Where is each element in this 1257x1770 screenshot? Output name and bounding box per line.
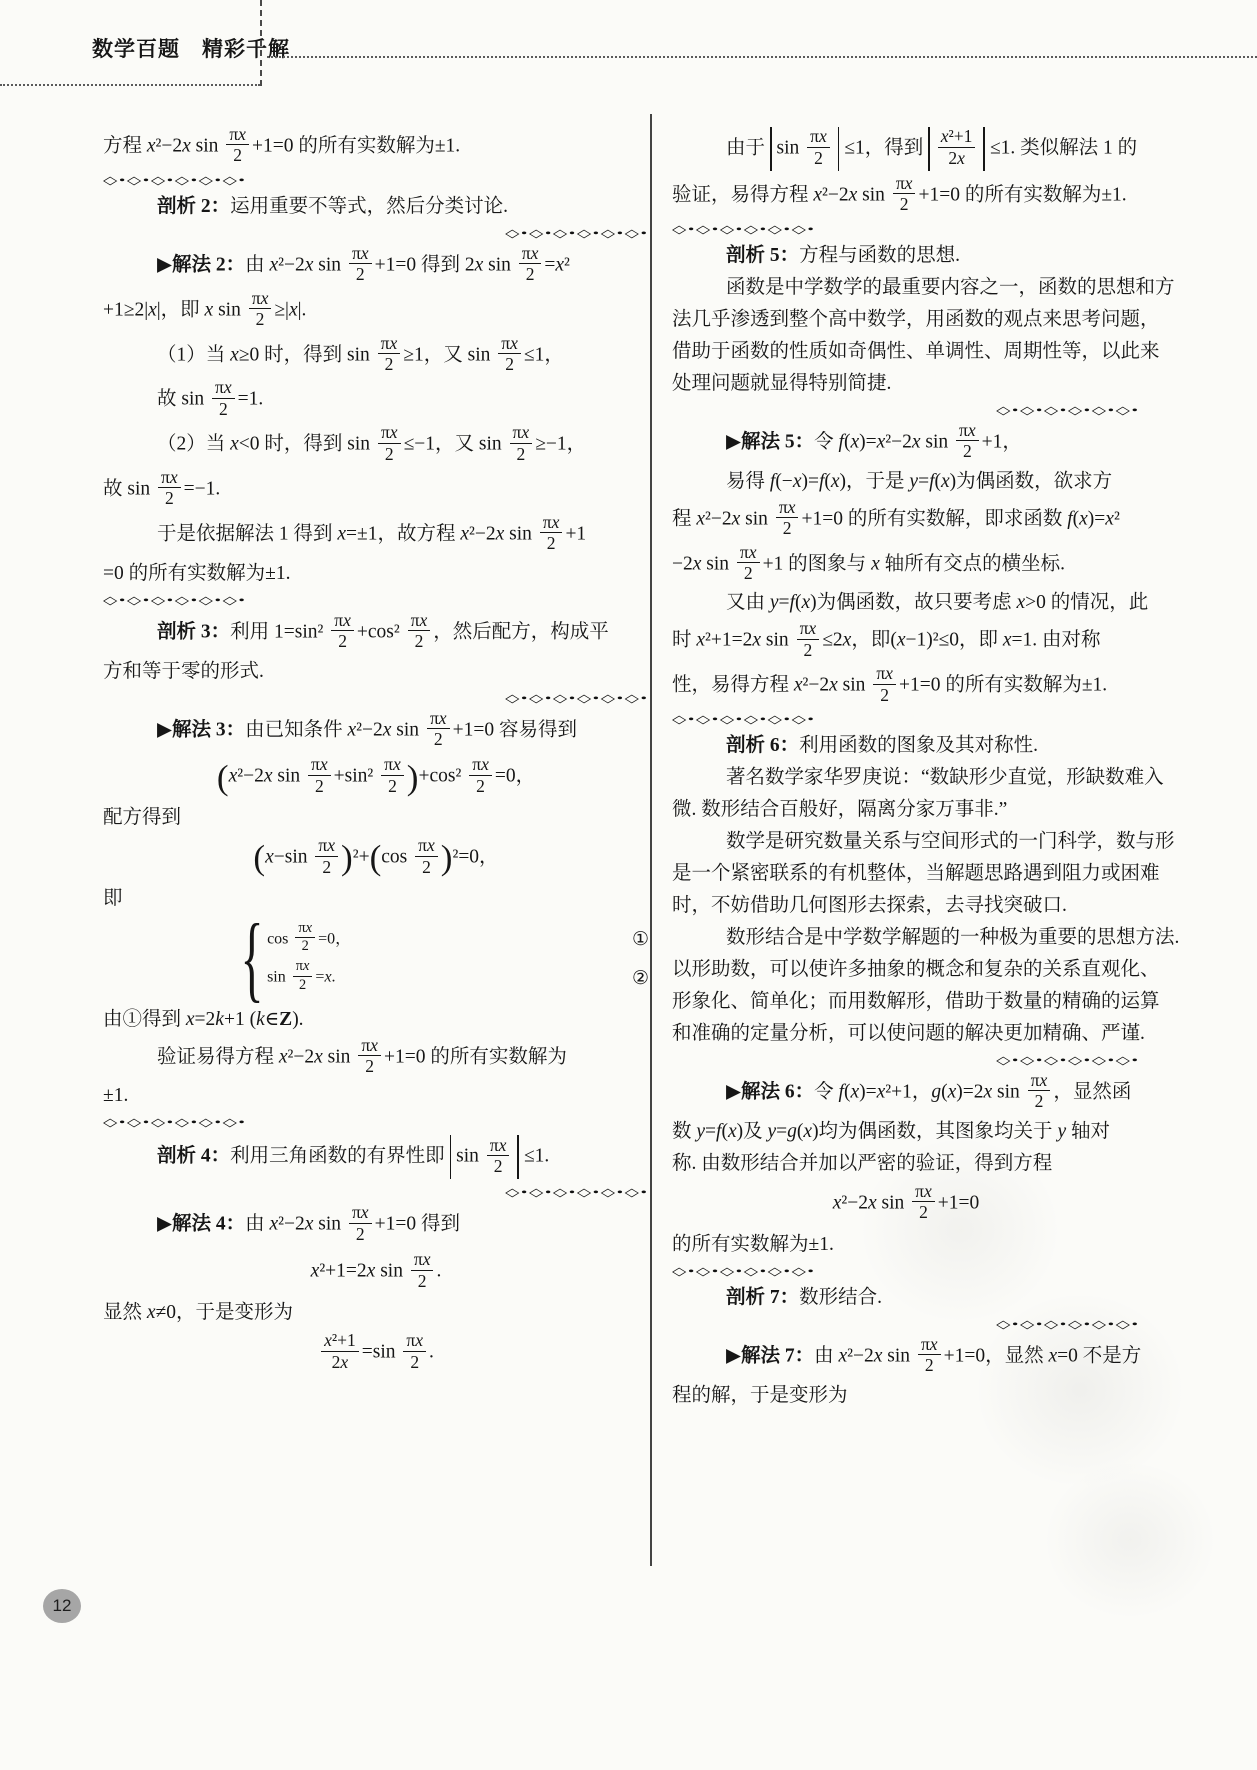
text-line: 故 sin πx2=1. — [103, 380, 649, 420]
text-line: 显然 x≠0，于是变形为 — [103, 1299, 649, 1326]
diamond-separator: ◇•◇•◇•◇•◇•◇• — [103, 226, 649, 240]
analysis-heading-line: 剖析 2：运用重要不等式，然后分类讨论. — [103, 193, 649, 220]
solution-heading-line: ▶解法 2：由 x²−2x sin πx2+1=0 得到 2x sin πx2=… — [103, 246, 649, 286]
text-line: 函数是中学数学的最重要内容之一，函数的思想和方 — [672, 274, 1140, 301]
diamond-separator: ◇•◇•◇•◇•◇•◇• — [672, 1317, 1140, 1331]
fraction: πx2 — [469, 755, 492, 795]
fraction: πx2 — [540, 513, 563, 553]
text-line: 数 y=f(x)及 y=g(x)均为偶函数，其图象均关于 y 轴对 — [672, 1118, 1140, 1145]
fraction: πx2 — [510, 423, 533, 463]
bold-label: 剖析 3： — [157, 621, 230, 642]
diamond-separator: ◇•◇•◇•◇•◇•◇• — [103, 1185, 649, 1199]
solution-heading-line: ▶解法 6：令 f(x)=x²+1，g(x)=2x sin πx2，显然函 — [672, 1073, 1140, 1113]
display-equation: (x−sin πx2)²+(cos πx2)²=0， — [103, 838, 649, 878]
abs-bar — [517, 1135, 519, 1179]
analysis-heading-line: 剖析 3：利用 1=sin² πx2+cos² πx2，然后配方，构成平 — [103, 613, 649, 653]
fraction: πx2 — [349, 1203, 372, 1243]
display-equation: (x²−2x sin πx2+sin² πx2)+cos² πx2=0， — [103, 757, 649, 797]
diamond-separator: ◇•◇•◇•◇•◇•◇• — [103, 593, 649, 607]
bold-label: ▶解法 2： — [157, 254, 245, 275]
fraction: πx2 — [378, 334, 401, 374]
text-line: 验证，易得方程 x²−2x sin πx2+1=0 的所有实数解为±1. — [672, 176, 1140, 216]
fraction: πx2 — [403, 1331, 426, 1371]
text-line: 时，不妨借助几何图形去探索，去寻找突破口. — [672, 892, 1140, 919]
fraction: πx2 — [293, 959, 313, 992]
bold-label: 剖析 4： — [157, 1146, 230, 1167]
bold-label: ▶解法 6： — [726, 1081, 814, 1102]
text-line: 数形结合是中学数学解题的一种极为重要的思想方法. — [672, 924, 1140, 951]
fraction: πx2 — [408, 611, 431, 651]
text-line: 由①得到 x=2k+1 (k∈Z). — [103, 1006, 649, 1033]
text-line: ±1. — [103, 1082, 649, 1109]
bold-label: 剖析 7： — [726, 1287, 799, 1308]
text-line: 配方得到 — [103, 804, 649, 831]
fraction: πx2 — [956, 421, 979, 461]
fraction: πx2 — [308, 755, 331, 795]
analysis-heading-line: 剖析 4：利用三角函数的有界性即sin πx2≤1. — [103, 1135, 649, 1179]
bold-label: ▶解法 5： — [726, 431, 814, 452]
column-divider — [650, 114, 652, 1566]
abs-bar — [983, 127, 985, 171]
text-line: 形象化、简单化；而用数解形，借助于数量的精确的运算 — [672, 988, 1140, 1015]
diamond-separator: ◇•◇•◇•◇•◇•◇• — [672, 403, 1140, 417]
fraction: πx2 — [358, 1036, 381, 1076]
abs-bar — [838, 127, 840, 171]
fraction: πx2 — [411, 1250, 434, 1290]
text-line: 验证易得方程 x²−2x sin πx2+1=0 的所有实数解为 — [103, 1038, 649, 1078]
fraction: πx2 — [349, 244, 372, 284]
text-line: 和准确的定量分析，可以使问题的解决更加精确、严谨. — [672, 1020, 1140, 1047]
fraction: πx2 — [893, 174, 916, 214]
text-line: 方和等于零的形式. — [103, 658, 649, 685]
diamond-separator: ◇•◇•◇•◇•◇•◇• — [672, 1264, 1140, 1278]
display-equation: x²+1=2x sin πx2. — [103, 1252, 649, 1292]
bold-label: ▶解法 7： — [726, 1345, 814, 1366]
fraction: πx2 — [797, 619, 820, 659]
text-line: 程的解，于是变形为 — [672, 1382, 1140, 1409]
book-page: { "header": { "title": "数学百题 精彩千解" }, "p… — [0, 0, 1257, 1770]
fraction: πx2 — [912, 1182, 935, 1222]
text-line: 方程 x²−2x sin πx2+1=0 的所有实数解为±1. — [103, 127, 649, 167]
solution-heading-line: ▶解法 7：由 x²−2x sin πx2+1=0，显然 x=0 不是方 — [672, 1337, 1140, 1377]
text-line: 又由 y=f(x)为偶函数，故只要考虑 x>0 的情况，此 — [672, 589, 1140, 616]
fraction: πx2 — [873, 664, 896, 704]
text-line: 的所有实数解为±1. — [672, 1231, 1140, 1258]
text-line: 程 x²−2x sin πx2+1=0 的所有实数解，即求函数 f(x)=x² — [672, 500, 1140, 540]
text-line: 以形助数，可以使许多抽象的概念和复杂的关系直观化、 — [672, 956, 1140, 983]
case-row: cos πx2=0，① — [267, 923, 649, 956]
analysis-heading-line: 剖析 7：数形结合. — [672, 1284, 1140, 1311]
display-equation: x²−2x sin πx2+1=0 — [672, 1184, 1140, 1224]
text-line: 借助于函数的性质如奇偶性、单调性、周期性等，以此来 — [672, 338, 1140, 365]
display-equation: x²+12x=sin πx2. — [103, 1333, 649, 1373]
diamond-separator: ◇•◇•◇•◇•◇•◇• — [672, 1053, 1140, 1067]
fraction: πx2 — [427, 709, 450, 749]
equation-number: ② — [612, 967, 649, 990]
fraction: πx2 — [498, 334, 521, 374]
text-line: 法几乎渗透到整个高中数学，用函数的观点来思考问题， — [672, 306, 1140, 333]
header-dashed-vline — [260, 0, 262, 86]
solution-heading-line: 由于sin πx2≤1，得到x²+12x≤1. 类似解法 1 的 — [672, 127, 1140, 171]
text-line: 即 — [103, 885, 649, 912]
text-line: =0 的所有实数解为±1. — [103, 560, 649, 587]
solution-heading-line: ▶解法 5：令 f(x)=x²−2x sin πx2+1， — [672, 423, 1140, 463]
text-line: 故 sin πx2=−1. — [103, 470, 649, 510]
fraction: πx2 — [212, 378, 235, 418]
text-line: 是一个紧密联系的有机整体，当解题思路遇到阻力或困难 — [672, 860, 1140, 887]
text-line: 处理问题就显得特别简捷. — [672, 370, 1140, 397]
column-left: 方程 x²−2x sin πx2+1=0 的所有实数解为±1.◇•◇•◇•◇•◇… — [103, 122, 649, 1380]
diamond-separator: ◇•◇•◇•◇•◇•◇• — [103, 691, 649, 705]
fraction: πx2 — [315, 836, 338, 876]
bold-label: 剖析 6： — [726, 735, 799, 756]
page-number-badge: 12 — [43, 1589, 81, 1623]
fraction: πx2 — [381, 755, 404, 795]
diamond-separator: ◇•◇•◇•◇•◇•◇• — [103, 1115, 649, 1129]
text-line: 性，易得方程 x²−2x sin πx2+1=0 的所有实数解为±1. — [672, 666, 1140, 706]
watermark — [1010, 1430, 1250, 1650]
fraction: πx2 — [249, 289, 272, 329]
text-line: 时 x²+1=2x sin πx2≤2x，即(x−1)²≤0，即 x=1. 由对… — [672, 621, 1140, 661]
case-row: sin πx2=x.② — [267, 961, 649, 994]
fraction: πx2 — [737, 543, 760, 583]
bold-label: 剖析 2： — [157, 196, 230, 217]
fraction: πx2 — [918, 1335, 941, 1375]
text-line: 易得 f(−x)=f(x)，于是 y=f(x)为偶函数，欲求方 — [672, 468, 1140, 495]
abs-bar — [928, 127, 930, 171]
bold-label: 剖析 5： — [726, 245, 799, 266]
fraction: πx2 — [158, 468, 181, 508]
fraction: x²+12x — [321, 1331, 359, 1371]
bold-label: ▶解法 3： — [157, 719, 245, 740]
analysis-heading-line: 剖析 6：利用函数的图象及其对称性. — [672, 732, 1140, 759]
equation-number: ① — [612, 928, 649, 951]
text-line: （1）当 x≥0 时，得到 sin πx2≥1，又 sin πx2≤1， — [103, 336, 649, 376]
abs-bar — [450, 1135, 452, 1179]
diamond-separator: ◇•◇•◇•◇•◇•◇• — [672, 712, 1140, 726]
text-line: 称. 由数形结合并加以严密的验证，得到方程 — [672, 1150, 1140, 1177]
diamond-separator: ◇•◇•◇•◇•◇•◇• — [672, 222, 1140, 236]
header-dotted-line-left — [0, 84, 260, 86]
cases-equation: {cos πx2=0，①sin πx2=x.② — [243, 918, 649, 1000]
text-line: +1≥2|x|，即 x sin πx2≥|x|. — [103, 291, 649, 331]
text-line: 微. 数形结合百般好，隔离分家万事非.” — [672, 796, 1140, 823]
fraction: πx2 — [519, 244, 542, 284]
fraction: πx2 — [295, 921, 315, 954]
bold-label: ▶解法 4： — [157, 1214, 245, 1235]
fraction: x²+12x — [938, 127, 976, 167]
solution-heading-line: 于是依据解法 1 得到 x=±1，故方程 x²−2x sin πx2+1 — [103, 515, 649, 555]
solution-heading-line: ▶解法 4：由 x²−2x sin πx2+1=0 得到 — [103, 1205, 649, 1245]
solution-heading-line: ▶解法 3：由已知条件 x²−2x sin πx2+1=0 容易得到 — [103, 711, 649, 751]
analysis-heading-line: 剖析 5：方程与函数的思想. — [672, 242, 1140, 269]
abs-bar — [770, 127, 772, 171]
diamond-separator: ◇•◇•◇•◇•◇•◇• — [103, 173, 649, 187]
fraction: πx2 — [415, 836, 438, 876]
fraction: πx2 — [487, 1136, 510, 1176]
fraction: πx2 — [226, 125, 249, 165]
text-line: 著名数学家华罗庚说：“数缺形少直觉，形缺数难入 — [672, 764, 1140, 791]
fraction: πx2 — [331, 611, 354, 651]
text-line: （2）当 x<0 时，得到 sin πx2≤−1，又 sin πx2≥−1， — [103, 425, 649, 465]
text-line: −2x sin πx2+1 的图象与 x 轴所有交点的横坐标. — [672, 545, 1140, 585]
column-right: 由于sin πx2≤1，得到x²+12x≤1. 类似解法 1 的验证，易得方程 … — [672, 122, 1140, 1414]
header-dotted-line-right — [267, 56, 1257, 58]
fraction: πx2 — [807, 127, 830, 167]
fraction: πx2 — [1028, 1071, 1051, 1111]
fraction: πx2 — [776, 498, 799, 538]
fraction: πx2 — [378, 423, 401, 463]
text-line: 数学是研究数量关系与空间形式的一门科学，数与形 — [672, 828, 1140, 855]
